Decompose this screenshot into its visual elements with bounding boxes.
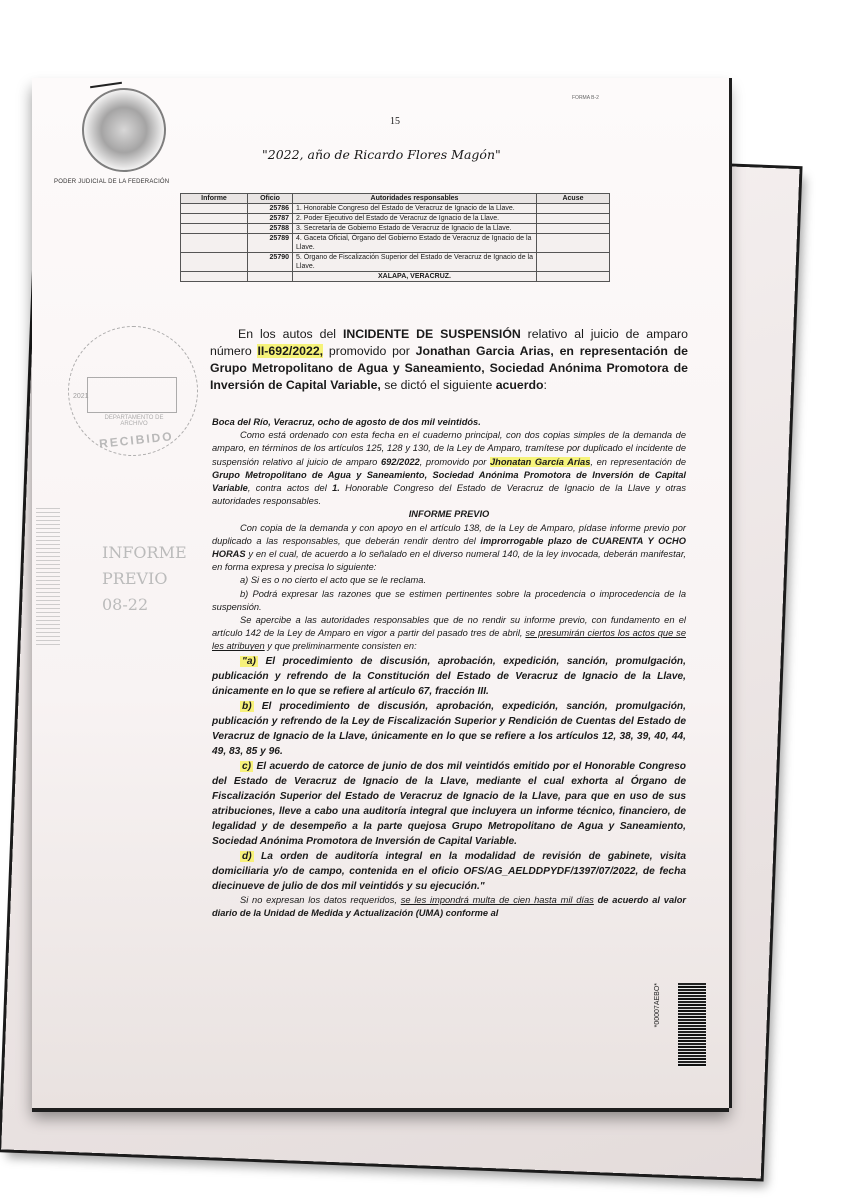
item-a: a) Si es o no cierto el acto que se le r… [212,574,686,587]
page-number: 15 [390,116,400,127]
item-b: b) Podrá expresar las razones que se est… [212,588,686,614]
barcode-text: *00007AEBO* [654,983,661,1027]
institution-name: PODER JUDICIAL DE LA FEDERACIÓN [54,179,169,185]
col-informe: Informe [181,194,248,204]
case-number-highlight: II-692/2022, [257,344,323,358]
act-a: "a) El procedimiento de discusión, aprob… [212,654,686,699]
paragraph-3: Se apercibe a las autoridades responsabl… [212,614,686,654]
intro-paragraph: En los autos del INCIDENTE DE SUSPENSIÓN… [210,326,688,394]
table-row: 257861. Honorable Congreso del Estado de… [181,204,610,214]
act-c: c) El acuerdo de catorce de junio de dos… [212,759,686,849]
section-title: INFORME PREVIO [212,508,686,521]
table-row: 257872. Poder Ejecutivo del Estado de Ve… [181,214,610,224]
mexican-coat-of-arms-icon [82,88,166,172]
table-footer-row: XALAPA, VERACRUZ. [181,272,610,282]
authorities-table: Informe Oficio Autoridades responsables … [180,193,610,282]
name-highlight: Jhonatan García Arias [490,457,590,467]
handwritten-note: INFORME PREVIO 08-22 [102,540,187,618]
col-acuse: Acuse [537,194,610,204]
received-stamp: 2021 DEPARTAMENTO DE ARCHIVO RECIBIDO [68,326,198,456]
table-row: 257894. Gaceta Oficial, Órgano del Gobie… [181,234,610,253]
col-oficio: Oficio [248,194,293,204]
form-code: FORMA B-2 [572,95,599,101]
table-row: 257905. Órgano de Fiscalización Superior… [181,253,610,272]
barcode-icon [678,983,706,1067]
paragraph-1: Como está ordenado con esta fecha en el … [212,429,686,508]
year-motto: "2022, año de Ricardo Flores Magón" [262,147,501,162]
col-autoridades: Autoridades responsables [293,194,537,204]
paragraph-4: Si no expresan los datos requeridos, se … [212,894,686,920]
document-page: PODER JUDICIAL DE LA FEDERACIÓN FORMA B-… [32,78,729,1108]
act-d: d) La orden de auditoría integral en la … [212,849,686,894]
table-row: 257883. Secretaría de Gobierno Estado de… [181,224,610,234]
stamp-date-box [87,377,177,413]
pen-stroke [90,82,122,88]
act-b: b) El procedimiento de discusión, aproba… [212,699,686,759]
paragraph-2: Con copia de la demanda y con apoyo en e… [212,522,686,575]
place-date: Boca del Río, Veracruz, ocho de agosto d… [212,416,686,429]
side-print-marks [36,508,60,648]
agreement-body: Boca del Río, Veracruz, ocho de agosto d… [212,416,686,920]
